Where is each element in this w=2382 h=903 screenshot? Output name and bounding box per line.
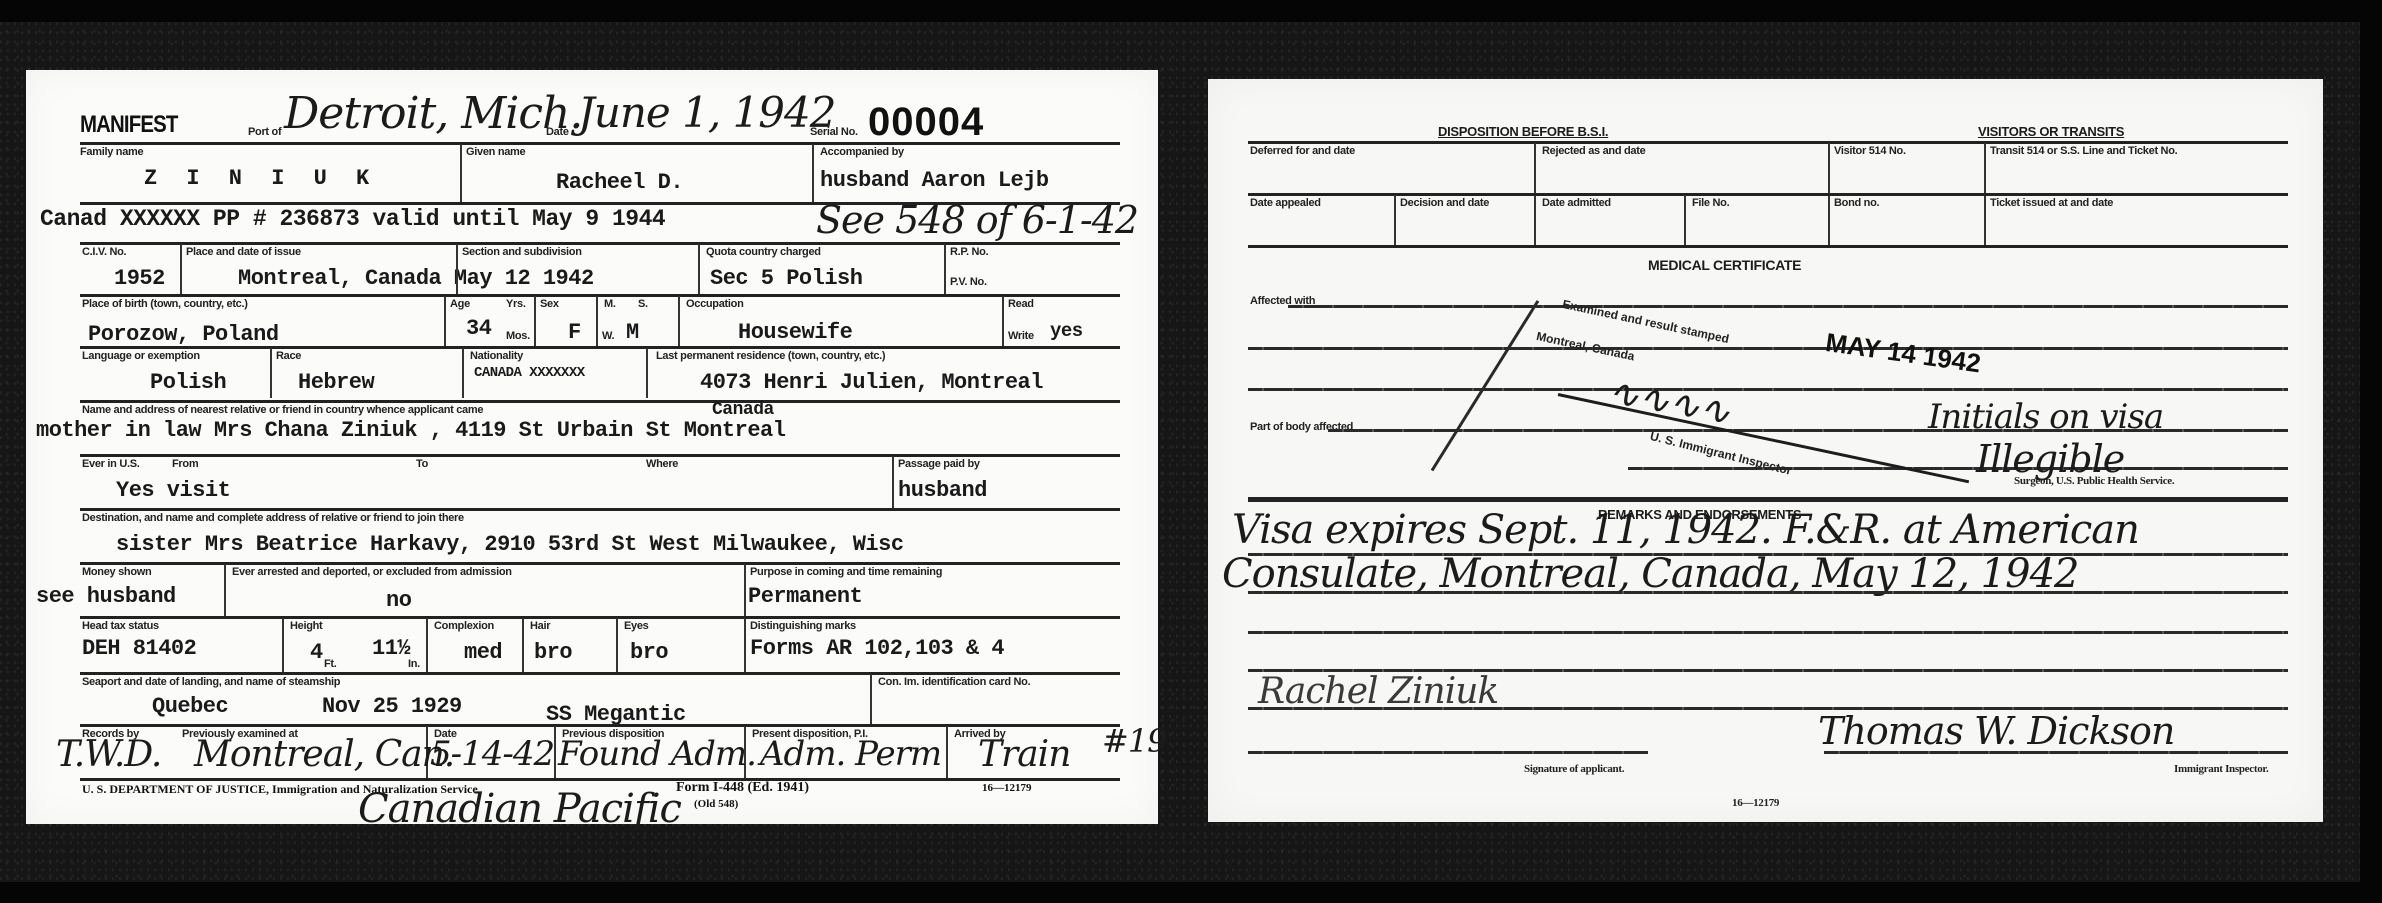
previous-disposition-value: Found Adm. [558,734,756,774]
birth-label: Place of birth (town, country, etc.) [82,298,248,310]
eyes-label: Eyes [624,620,649,632]
file-no-label: File No. [1692,197,1729,209]
purpose-label: Purpose in coming and time remaining [750,566,942,578]
records-date-value: 5-14-42 [430,734,554,774]
manifest-title: MANIFEST [80,111,177,139]
examination-stamp-date: MAY 14 1942 [1824,327,1983,379]
civ-value: 1952 [114,266,165,291]
old-form-number: (Old 548) [694,798,738,810]
family-name-value: Z I N I U K [144,166,377,191]
bond-label: Bond no. [1834,197,1879,209]
stamp-inspector-caption: U. S. Immigrant Inspector [1649,429,1793,478]
marks-label: Distinguishing marks [750,620,856,632]
sex-value: F [568,320,581,345]
passport-annotation: See 548 of 6-1-42 [816,198,1138,242]
records-by-value: T.W.D. [56,734,161,775]
arrived-by-value: Train [978,734,1070,775]
mos-label: Mos. [506,330,530,342]
passage-value: husband [898,478,987,503]
previously-examined-value: Montreal, Can. [194,734,454,775]
inspector-initials-signature: ∿∿∿∿ [1604,369,1733,434]
occupation-value: Housewife [738,320,852,345]
seaport-label: Seaport and date of landing, and name of… [82,676,340,688]
complexion-label: Complexion [434,620,494,632]
passage-label: Passage paid by [898,458,980,470]
present-disposition-value: Adm. Perm [760,734,941,774]
transit-label: Transit 514 or S.S. Line and Ticket No. [1990,145,2190,158]
arrested-label: Ever arrested and deported, or excluded … [232,566,512,578]
accompanied-label: Accompanied by [820,146,904,158]
read-write-value: yes [1050,320,1083,342]
from-label: From [172,458,198,470]
hair-value: bro [534,640,572,665]
back-print-code: 16—12179 [1732,797,1779,809]
purpose-value: Permanent [748,584,862,609]
language-value: Polish [150,370,226,395]
in-label: In. [408,658,420,670]
given-name-value: Racheel D. [556,170,683,195]
ms-label-m: M. [604,298,616,310]
pv-label: P.V. No. [950,276,987,288]
head-tax-value: DEH 81402 [82,636,196,661]
read-label: Read [1008,298,1034,310]
write-label: Write [1008,330,1034,342]
stamp-slash-stroke [1431,300,1540,471]
nationality-value: CANADA XXXXXXX [474,366,594,380]
passport-line: Canad XXXXXX PP # 236873 valid until May… [40,206,665,232]
carrier-note: Canadian Pacific [358,786,681,832]
date-value: June 1, 1942 [578,88,835,137]
disposition-title: DISPOSITION BEFORE B.S.I. [1438,124,1608,139]
relative-value: mother in law Mrs Chana Ziniuk , 4119 St… [36,418,785,443]
civ-label: C.I.V. No. [82,246,126,258]
complexion-value: med [464,640,502,665]
form-number: Form I-448 (Ed. 1941) [676,780,809,796]
arrived-by-note: #19 [1102,722,1167,760]
seaport-port-value: Quebec [152,694,228,719]
manifest-card-front: MANIFEST Port of Detroit, Mich. Date Jun… [26,70,1158,824]
nationality-label: Nationality [470,350,523,362]
applicant-signature-caption: Signature of applicant. [1524,763,1624,775]
ft-label: Ft. [324,658,337,670]
birth-value: Porozow, Poland [88,322,279,347]
race-label: Race [276,350,301,362]
destination-value: sister Mrs Beatrice Harkavy, 2910 53rd S… [116,532,904,557]
head-tax-label: Head tax status [82,620,159,632]
hair-label: Hair [530,620,550,632]
medical-certificate-title: MEDICAL CERTIFICATE [1648,257,1801,273]
age-label: Age [450,298,470,310]
date-appealed-label: Date appealed [1250,197,1321,209]
to-label: To [416,458,428,470]
language-label: Language or exemption [82,350,200,362]
manifest-card-back: DISPOSITION BEFORE B.S.I. VISITORS OR TR… [1208,79,2323,822]
height-ft-value: 4 [310,640,323,665]
place-issue-label: Place and date of issue [186,246,301,258]
money-value: see husband [36,584,176,609]
inspector-signature: Thomas W. Dickson [1818,709,2174,753]
ticket-issued-label: Ticket issued at and date [1990,197,2113,209]
surgeon-caption: Surgeon, U.S. Public Health Service. [2014,475,2174,487]
eyes-value: bro [630,640,668,665]
where-label: Where [646,458,678,470]
accompanied-value: husband Aaron Lejb [820,168,1049,193]
inspector-signature-caption: Immigrant Inspector. [2174,763,2268,775]
height-in-value: 11½ [372,636,410,661]
print-code: 16—12179 [982,782,1032,794]
sex-label: Sex [540,298,559,310]
race-value: Hebrew [298,370,374,395]
visitors-title: VISITORS OR TRANSITS [1978,124,2124,139]
section-label: Section and subdivision [462,246,582,258]
destination-label: Destination, and name and complete addre… [82,512,464,524]
arrested-value: no [386,588,411,613]
landing-date-value: Nov 25 1929 [322,694,462,719]
residence-value: 4073 Henri Julien, Montreal [700,370,1043,395]
yrs-label: Yrs. [506,298,526,310]
rp-label: R.P. No. [950,246,988,258]
ever-in-us-value: Yes visit [116,478,230,503]
id-card-label: Con. Im. identification card No. [878,676,1030,688]
place-issue-value: Montreal, Canada May 12 1942 [238,266,594,291]
remarks-line-1: Visa expires Sept. 11, 1942. F.&R. at Am… [1232,507,2139,553]
money-label: Money shown [82,566,151,578]
date-label: Date [546,126,569,138]
serial-label: Serial No. [810,126,858,138]
relative-country: Canada [712,400,774,420]
applicant-signature: Rachel Ziniuk [1258,671,1498,712]
serial-number: 00004 [868,100,984,145]
quota-value: Sec 5 Polish [710,266,862,291]
residence-label: Last permanent residence (town, country,… [656,350,885,362]
occupation-label: Occupation [686,298,744,310]
marital-status-value: M [626,320,639,345]
visitor-514-label: Visitor 514 No. [1834,145,1906,157]
date-admitted-label: Date admitted [1542,197,1611,209]
decision-label: Decision and date [1400,197,1489,209]
deferred-label: Deferred for and date [1250,145,1355,157]
marks-value: Forms AR 102,103 & 4 [750,636,1004,661]
ms-label-w: W. [602,330,614,342]
ms-label-s: S. [638,298,648,310]
relative-label: Name and address of nearest relative or … [82,404,483,416]
rejected-label: Rejected as and date [1542,145,1645,157]
family-name-label: Family name [80,146,143,158]
initials-on-visa-note: Initials on visa [1928,397,2163,437]
age-value: 34 [466,316,491,341]
quota-label: Quota country charged [706,246,821,258]
port-label: Port of [248,126,281,138]
port-value: Detroit, Mich. [284,88,582,139]
ever-in-us-label: Ever in U.S. [82,458,140,470]
height-label: Height [290,620,322,632]
given-name-label: Given name [466,146,525,158]
